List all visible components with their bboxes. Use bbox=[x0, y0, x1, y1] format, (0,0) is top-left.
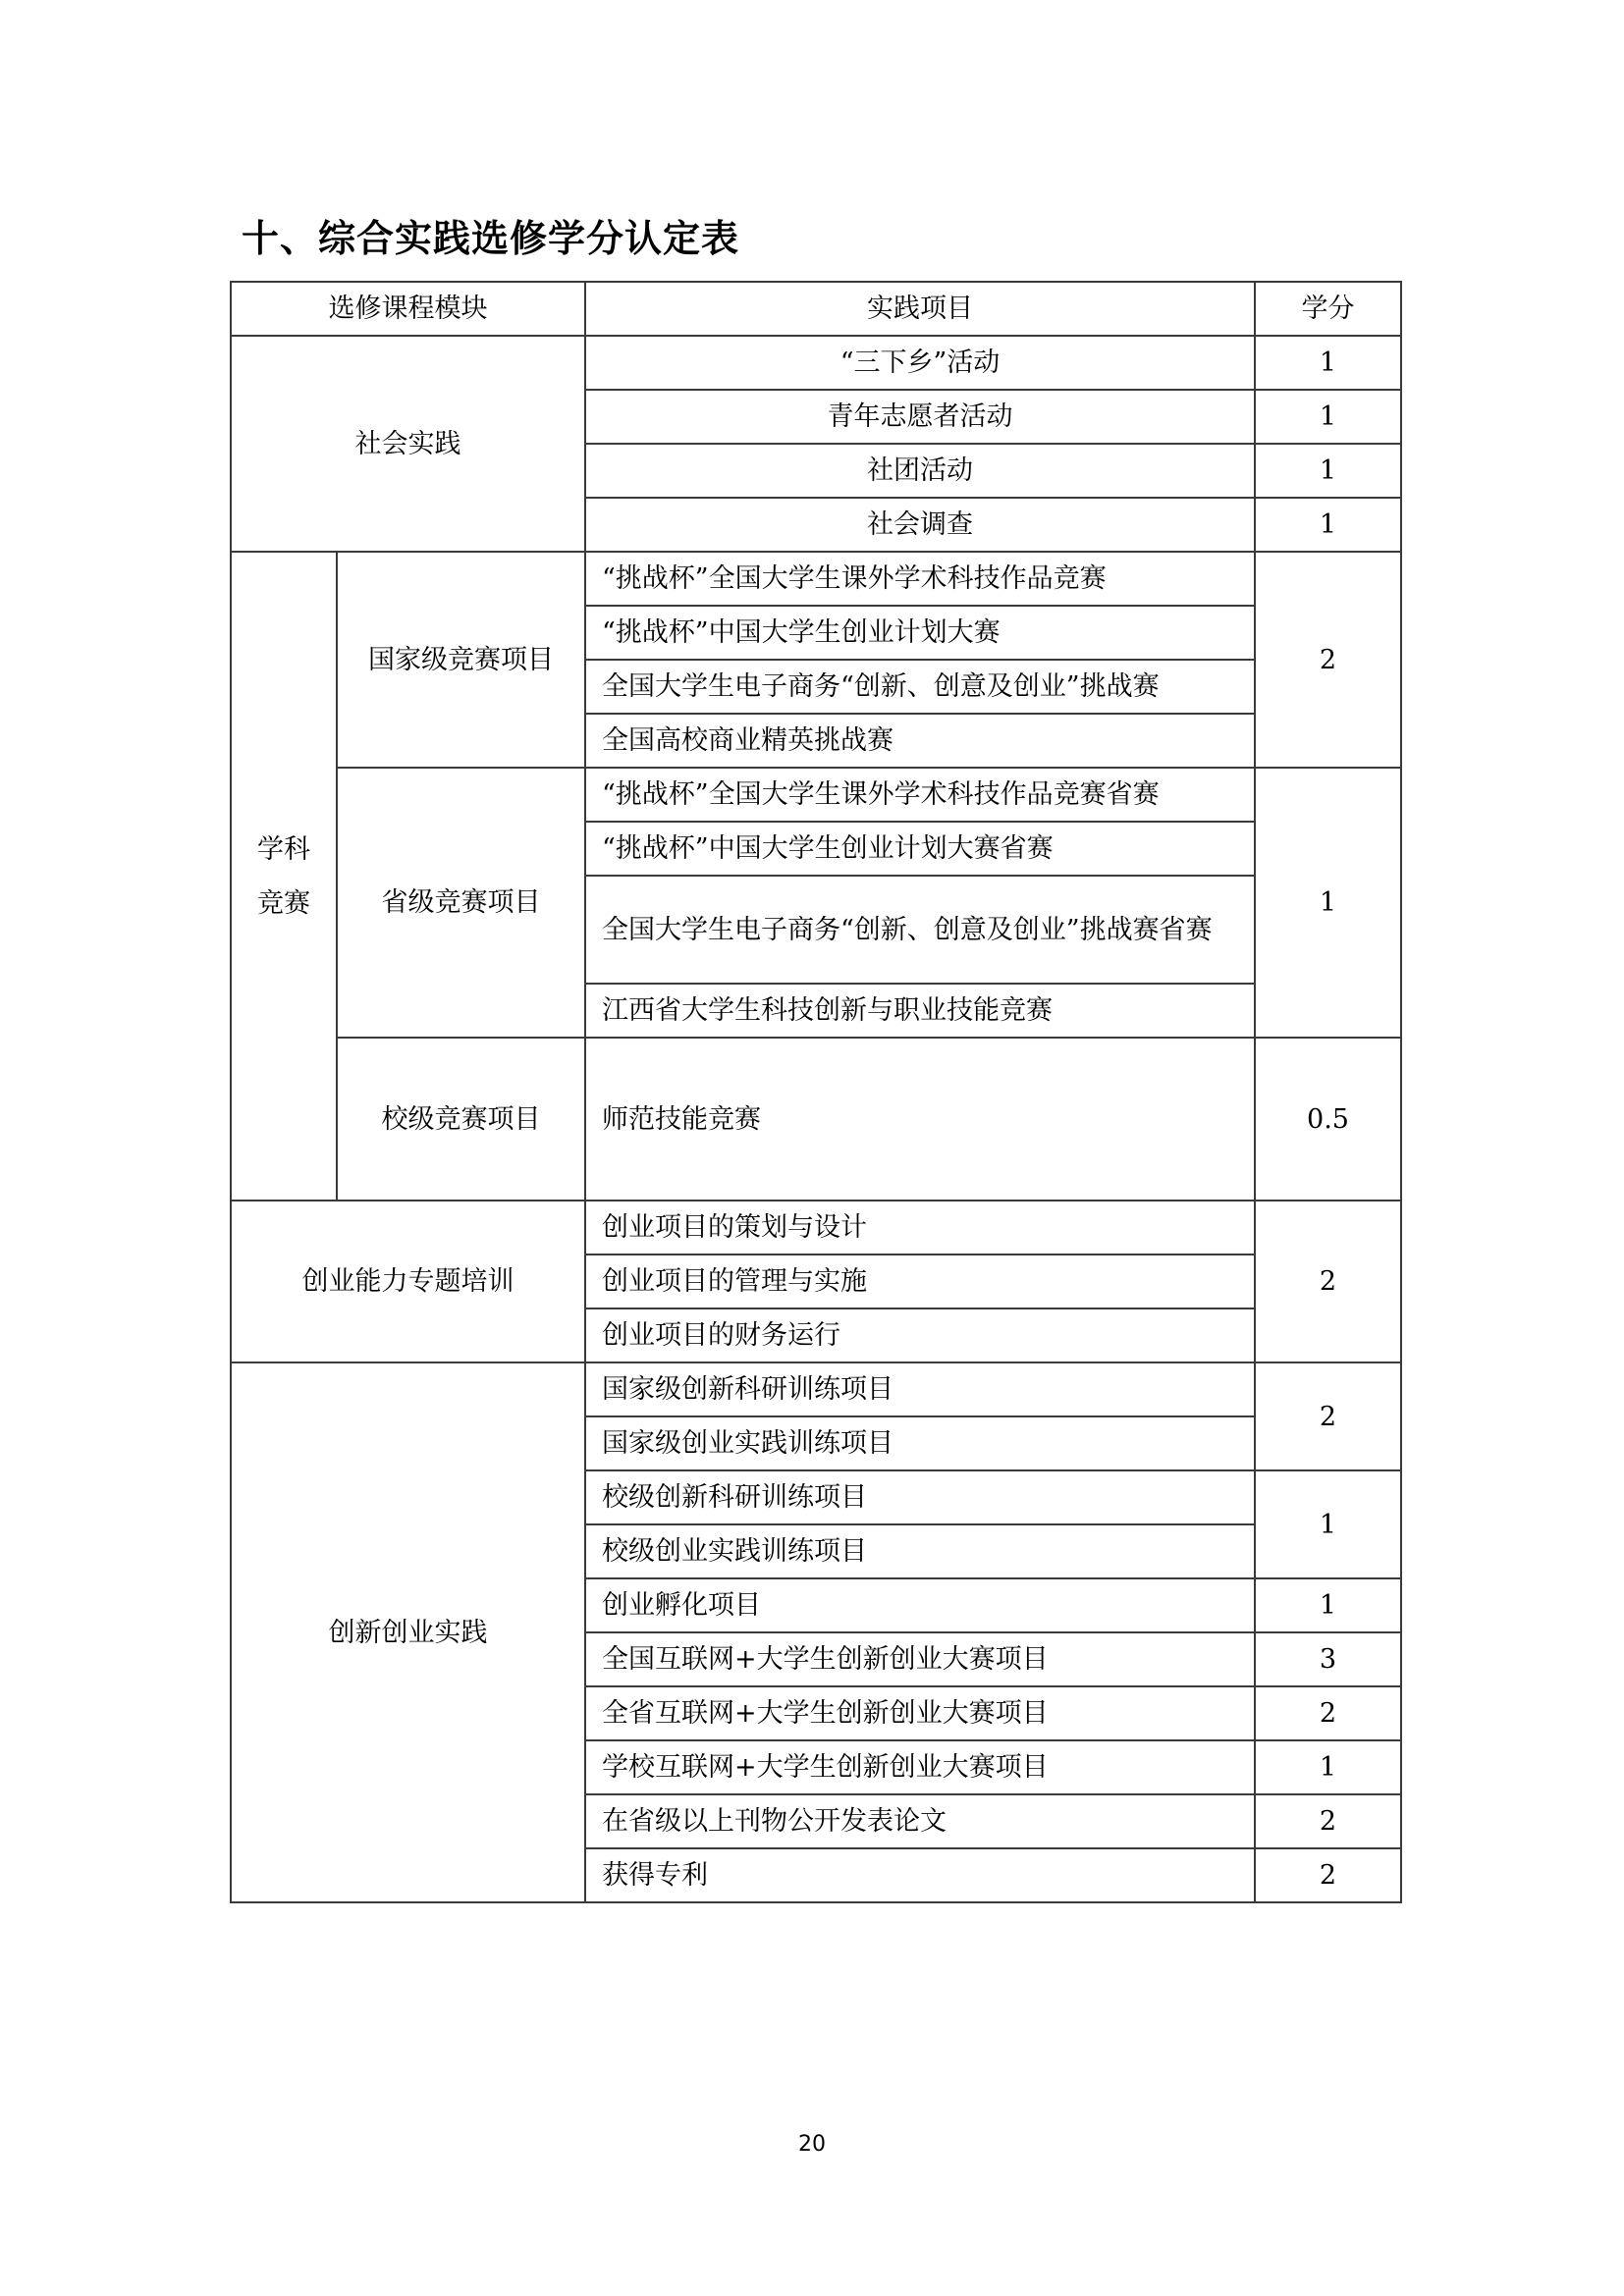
project-cell: “三下乡”活动 bbox=[585, 336, 1255, 390]
module-innovation-practice: 创新创业实践 bbox=[231, 1362, 585, 1902]
level-provincial: 省级竞赛项目 bbox=[337, 768, 585, 1038]
project-cell: 在省级以上刊物公开发表论文 bbox=[585, 1794, 1255, 1848]
credit-cell: 1 bbox=[1255, 1740, 1401, 1794]
project-cell: 国家级创新科研训练项目 bbox=[585, 1362, 1255, 1416]
project-cell: 社会调查 bbox=[585, 498, 1255, 552]
level-school: 校级竞赛项目 bbox=[337, 1038, 585, 1201]
project-cell: 师范技能竞赛 bbox=[585, 1038, 1255, 1201]
credit-recognition-table: 选修课程模块 实践项目 学分 社会实践 “三下乡”活动 1 青年志愿者活动 1 … bbox=[230, 281, 1402, 1903]
module-entrepreneurship-training: 创业能力专题培训 bbox=[231, 1201, 585, 1362]
credit-cell: 2 bbox=[1255, 1848, 1401, 1902]
credit-cell: 1 bbox=[1255, 390, 1401, 444]
table-row: 社会实践 “三下乡”活动 1 bbox=[231, 336, 1401, 390]
page-title: 十、综合实践选修学分认定表 bbox=[242, 208, 739, 262]
credit-cell: 0.5 bbox=[1255, 1038, 1401, 1201]
project-cell: 全国大学生电子商务“创新、创意及创业”挑战赛省赛 bbox=[585, 876, 1255, 984]
credit-cell: 1 bbox=[1255, 444, 1401, 498]
page-number: 20 bbox=[0, 2132, 1624, 2157]
project-cell: 创业项目的财务运行 bbox=[585, 1308, 1255, 1362]
credit-cell: 1 bbox=[1255, 1578, 1401, 1632]
header-project: 实践项目 bbox=[585, 282, 1255, 336]
project-cell: “挑战杯”中国大学生创业计划大赛 bbox=[585, 606, 1255, 660]
project-cell: 全省互联网+大学生创新创业大赛项目 bbox=[585, 1686, 1255, 1740]
project-cell: 校级创业实践训练项目 bbox=[585, 1524, 1255, 1578]
module-subject-competition-line2: 竞赛 bbox=[232, 877, 336, 931]
table-header-row: 选修课程模块 实践项目 学分 bbox=[231, 282, 1401, 336]
project-cell: 社团活动 bbox=[585, 444, 1255, 498]
module-social-practice: 社会实践 bbox=[231, 336, 585, 552]
project-cell: 创业项目的管理与实施 bbox=[585, 1255, 1255, 1308]
project-cell: 创业项目的策划与设计 bbox=[585, 1201, 1255, 1255]
credit-cell: 2 bbox=[1255, 552, 1401, 768]
project-cell: “挑战杯”中国大学生创业计划大赛省赛 bbox=[585, 822, 1255, 876]
project-cell: 江西省大学生科技创新与职业技能竞赛 bbox=[585, 984, 1255, 1038]
table-row: 创业能力专题培训 创业项目的策划与设计 2 bbox=[231, 1201, 1401, 1255]
module-subject-competition: 学科 竞赛 bbox=[231, 552, 337, 1201]
project-cell: 全国互联网+大学生创新创业大赛项目 bbox=[585, 1632, 1255, 1686]
credit-cell: 1 bbox=[1255, 498, 1401, 552]
credit-cell: 2 bbox=[1255, 1201, 1401, 1362]
project-cell: 全国高校商业精英挑战赛 bbox=[585, 714, 1255, 768]
table-row: 省级竞赛项目 “挑战杯”全国大学生课外学术科技作品竞赛省赛 1 bbox=[231, 768, 1401, 822]
table-row: 校级竞赛项目 师范技能竞赛 0.5 bbox=[231, 1038, 1401, 1201]
credit-cell: 2 bbox=[1255, 1362, 1401, 1470]
project-cell: “挑战杯”全国大学生课外学术科技作品竞赛省赛 bbox=[585, 768, 1255, 822]
project-cell: 全国大学生电子商务“创新、创意及创业”挑战赛 bbox=[585, 660, 1255, 714]
project-cell: 国家级创业实践训练项目 bbox=[585, 1416, 1255, 1470]
module-subject-competition-line1: 学科 bbox=[232, 823, 336, 877]
project-cell: 获得专利 bbox=[585, 1848, 1255, 1902]
header-credit: 学分 bbox=[1255, 282, 1401, 336]
project-cell: 创业孵化项目 bbox=[585, 1578, 1255, 1632]
credit-cell: 2 bbox=[1255, 1686, 1401, 1740]
credit-cell: 1 bbox=[1255, 1470, 1401, 1578]
credit-cell: 1 bbox=[1255, 336, 1401, 390]
header-module: 选修课程模块 bbox=[231, 282, 585, 336]
table-row: 学科 竞赛 国家级竞赛项目 “挑战杯”全国大学生课外学术科技作品竞赛 2 bbox=[231, 552, 1401, 606]
project-cell: 青年志愿者活动 bbox=[585, 390, 1255, 444]
level-national: 国家级竞赛项目 bbox=[337, 552, 585, 768]
project-cell: 校级创新科研训练项目 bbox=[585, 1470, 1255, 1524]
table-row: 创新创业实践 国家级创新科研训练项目 2 bbox=[231, 1362, 1401, 1416]
project-cell: “挑战杯”全国大学生课外学术科技作品竞赛 bbox=[585, 552, 1255, 606]
credit-cell: 3 bbox=[1255, 1632, 1401, 1686]
credit-cell: 1 bbox=[1255, 768, 1401, 1038]
credit-cell: 2 bbox=[1255, 1794, 1401, 1848]
project-cell: 学校互联网+大学生创新创业大赛项目 bbox=[585, 1740, 1255, 1794]
